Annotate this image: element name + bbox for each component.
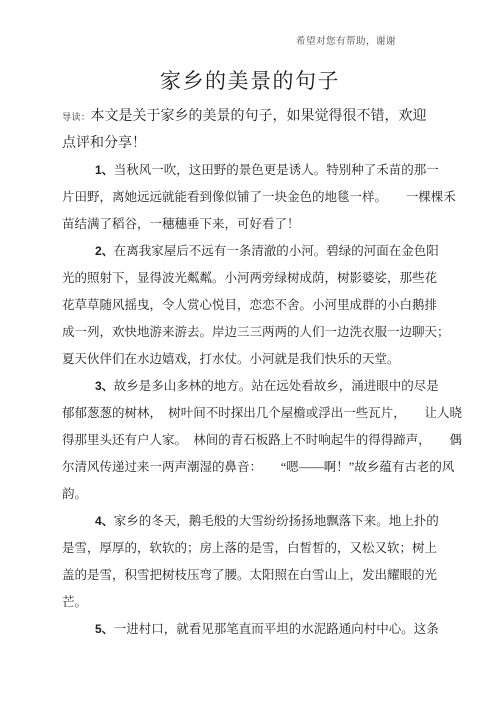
document-page: 希望对您有帮助，谢谢 家乡的美景的句子 导读：本文是关于家乡的美景的句子，如果觉…	[0, 0, 500, 708]
text-line: 芒。	[62, 589, 442, 616]
text-line: 导读：本文是关于家乡的美景的句子，如果觉得很不错，欢迎	[62, 103, 442, 130]
text-line: 成一列，欢快地游来游去。岸边三三两两的人们一边洗衣服一边聊天；	[62, 319, 442, 346]
paragraph-3: 3、故乡是多山多林的地方。站在远处看故乡，涌进眼中的尽是 郁郁葱葱的树林， 树叶…	[62, 373, 442, 508]
text-line: 得那里头还有户人家。 林间的青石板路上不时响起牛的得得蹄声， 偶	[62, 427, 442, 454]
text-line: 光的照射下，显得波光粼粼。小河两旁绿树成荫，树影婆娑，那些花	[62, 265, 442, 292]
paragraph-text: 家乡的冬天，鹅毛般的大雪纷纷扬扬地飘落下来。地上扑的	[114, 514, 439, 528]
text-line: 是雪，厚厚的，软软的；房上落的是雪，白皙皙的，又松又软；树上	[62, 535, 442, 562]
lead-text: 本文是关于家乡的美景的句子，如果觉得很不错，欢迎	[91, 109, 427, 124]
text-line: 尔清风传递过来一两声潮湿的鼻音： “嗯——啊！”故乡蕴有古老的风	[62, 454, 442, 481]
paragraph-text: 一进村口，就看见那笔直而平坦的水泥路通向村中心。这条	[114, 622, 439, 636]
text-line: 夏天伙伴们在水边嬉戏，打水仗。小河就是我们快乐的天堂。	[62, 346, 442, 373]
page-title: 家乡的美景的句子	[0, 68, 500, 94]
header-note: 希望对您有帮助，谢谢	[296, 37, 396, 48]
paragraph-text: 故乡是多山多林的地方。站在远处看故乡，涌进眼中的尽是	[114, 379, 439, 393]
text-line: 点评和分享！	[62, 130, 442, 157]
document-body: 导读：本文是关于家乡的美景的句子，如果觉得很不错，欢迎 点评和分享！ 1、当秋风…	[62, 103, 442, 643]
text-line: 郁郁葱葱的树林， 树叶间不时探出几个屋檐或浮出一些瓦片， 让人晓	[62, 400, 442, 427]
lead-paragraph: 导读：本文是关于家乡的美景的句子，如果觉得很不错，欢迎 点评和分享！	[62, 103, 442, 157]
text-line: 片田野，离她远远就能看到像似铺了一块金色的地毯一样。 一棵棵禾	[62, 184, 442, 211]
text-line: 3、故乡是多山多林的地方。站在远处看故乡，涌进眼中的尽是	[62, 373, 442, 400]
text-line: 1、当秋风一吹，这田野的景色更是诱人。特别种了禾苗的那一	[62, 157, 442, 184]
paragraph-5: 5、一进村口，就看见那笔直而平坦的水泥路通向村中心。这条	[62, 616, 442, 643]
paragraph-number: 3、	[95, 379, 114, 393]
text-line: 4、家乡的冬天，鹅毛般的大雪纷纷扬扬地飘落下来。地上扑的	[62, 508, 442, 535]
paragraph-number: 2、	[95, 244, 114, 258]
paragraph-text: 当秋风一吹，这田野的景色更是诱人。特别种了禾苗的那一	[114, 163, 439, 177]
paragraph-number: 4、	[95, 514, 114, 528]
paragraph-number: 5、	[95, 622, 114, 636]
paragraph-text: 在离我家屋后不远有一条清澈的小河。碧绿的河面在金色阳	[114, 244, 439, 258]
text-line: 盖的是雪，积雪把树枝压弯了腰。太阳照在白雪山上，发出耀眼的光	[62, 562, 442, 589]
text-line: 苗结满了稻谷，一穗穗垂下来，可好看了！	[62, 211, 442, 238]
text-line: 5、一进村口，就看见那笔直而平坦的水泥路通向村中心。这条	[62, 616, 442, 643]
paragraph-number: 1、	[95, 163, 114, 177]
paragraph-2: 2、在离我家屋后不远有一条清澈的小河。碧绿的河面在金色阳 光的照射下，显得波光粼…	[62, 238, 442, 373]
paragraph-4: 4、家乡的冬天，鹅毛般的大雪纷纷扬扬地飘落下来。地上扑的 是雪，厚厚的，软软的；…	[62, 508, 442, 616]
text-line: 2、在离我家屋后不远有一条清澈的小河。碧绿的河面在金色阳	[62, 238, 442, 265]
text-line: 花草草随风摇曳，令人赏心悦目，恋恋不舍。小河里成群的小白鹅排	[62, 292, 442, 319]
paragraph-1: 1、当秋风一吹，这田野的景色更是诱人。特别种了禾苗的那一 片田野，离她远远就能看…	[62, 157, 442, 238]
text-line: 韵。	[62, 481, 442, 508]
lead-label: 导读：	[62, 112, 91, 122]
